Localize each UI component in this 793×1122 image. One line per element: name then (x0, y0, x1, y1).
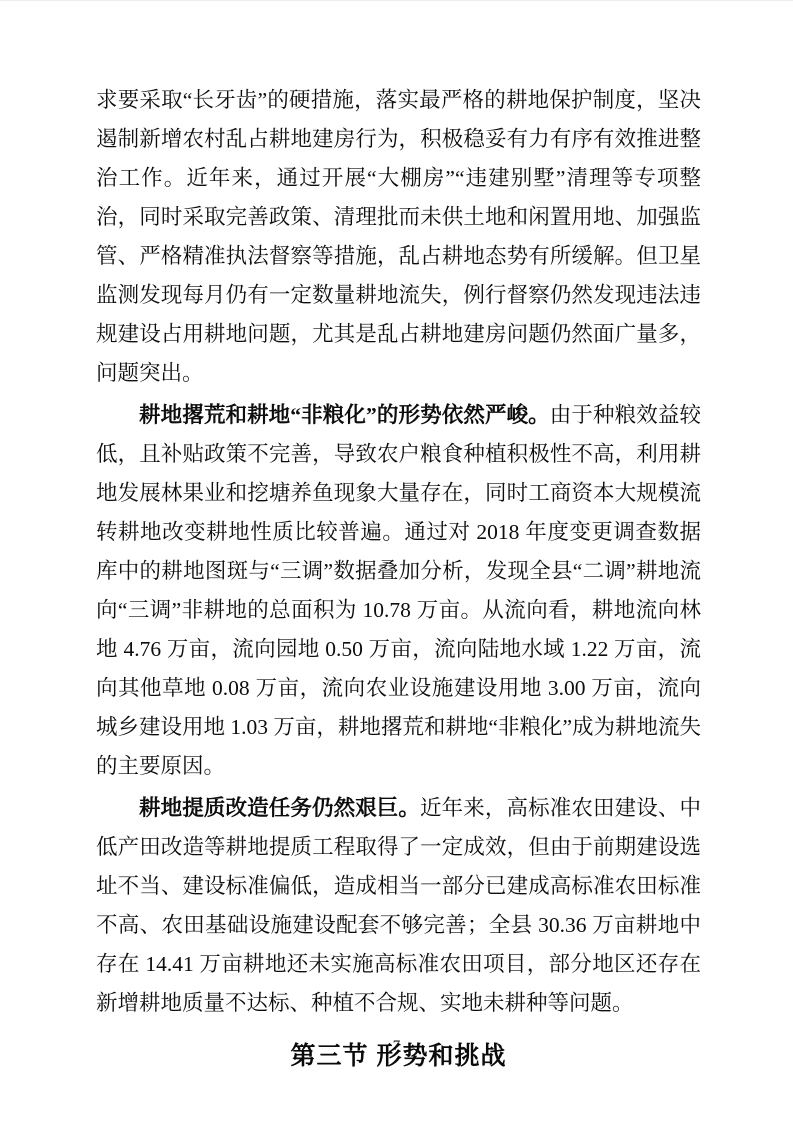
paragraph-fallow-land-text: 由于种粮效益较低，且补贴政策不完善，导致农户粮食种植积极性不高，利用耕地发展林果… (96, 403, 701, 778)
paragraph-continuation-text: 求要采取“长牙齿”的硬措施，落实最严格的耕地保护制度，坚决遏制新增农村乱占耕地建… (96, 88, 701, 385)
document-body: 求要采取“长牙齿”的硬措施，落实最严格的耕地保护制度，坚决遏制新增农村乱占耕地建… (96, 81, 701, 1073)
paragraph-quality-improvement: 耕地提质改造任务仍然艰巨。近年来，高标准农田建设、中低产田改造等耕地提质工程取得… (96, 789, 701, 1023)
document-page: 求要采取“长牙齿”的硬措施，落实最严格的耕地保护制度，坚决遏制新增农村乱占耕地建… (0, 0, 793, 1122)
paragraph-fallow-land-lead: 耕地撂荒和耕地“非粮化”的形势依然严峻。 (139, 403, 550, 427)
paragraph-quality-improvement-lead: 耕地提质改造任务仍然艰巨。 (139, 796, 420, 820)
page-number: 7 (0, 1038, 793, 1055)
paragraph-continuation: 求要采取“长牙齿”的硬措施，落实最严格的耕地保护制度，坚决遏制新增农村乱占耕地建… (96, 81, 701, 393)
paragraph-quality-improvement-text: 近年来，高标准农田建设、中低产田改造等耕地提质工程取得了一定成效，但由于前期建设… (96, 796, 701, 1015)
paragraph-fallow-land: 耕地撂荒和耕地“非粮化”的形势依然严峻。由于种粮效益较低，且补贴政策不完善，导致… (96, 396, 701, 786)
